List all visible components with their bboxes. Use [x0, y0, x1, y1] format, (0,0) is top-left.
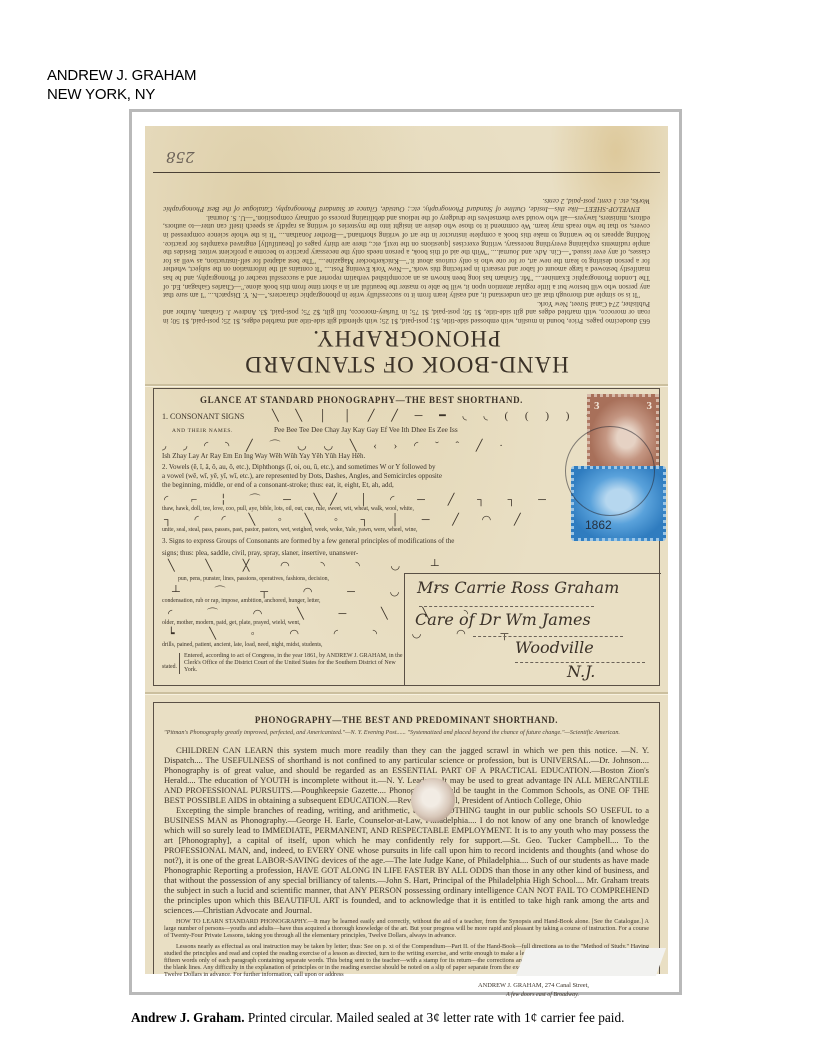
copyright-notice: Entered, according to act of Congress, i…	[179, 653, 404, 674]
circular-scan: 258 HAND-BOOK OF STANDARD PHONOGRAPHY. 6…	[145, 126, 668, 974]
top-flap: 258 HAND-BOOK OF STANDARD PHONOGRAPHY. 6…	[145, 126, 668, 382]
vowel-example-strokes-2: ┐ ◜ ◜ ╲ ◦ ╲ ◦ ┐ │ ─ ╱ ◠ ╱	[164, 513, 531, 526]
group-strokes-1: ╲ ╲ ╳ ◠ ◝ ◝ ◡ ┴	[168, 559, 453, 572]
fold-line	[145, 384, 668, 386]
groups-line1: 3. Signs to express Groups of Consonants…	[162, 537, 454, 546]
postmark	[565, 426, 655, 516]
consonant-strokes-row2: ◞ ◞ ◜ ◝ ╱ ⌒ ◡ ◡ ╲ ‹ › ◜ ˘ ˆ ╱ ·	[162, 437, 510, 453]
vowels-line3: the beginning, middle, or end of a conso…	[162, 481, 394, 490]
handbook-advertisement: HAND-BOOK OF STANDARD PHONOGRAPHY. 663 d…	[153, 172, 660, 383]
torn-corner	[516, 948, 666, 976]
group-examples-row4: drills, pained, patient, ancient, late, …	[162, 641, 323, 650]
exhibit-title-name: ANDREW J. GRAHAM	[47, 66, 196, 85]
names-label: AND THEIR NAMES.	[172, 427, 233, 436]
address-care-of: Care of Dr Wm James	[415, 610, 591, 629]
address-rule	[419, 606, 594, 607]
stated-label: stated.	[162, 663, 177, 672]
how-to-learn: HOW TO LEARN STANDARD PHONOGRAPHY.—It ma…	[164, 918, 649, 940]
address-recipient: Mrs Carrie Ross Graham	[417, 578, 619, 597]
upside-down-text-block: HAND-BOOK OF STANDARD PHONOGRAPHY. 663 d…	[163, 177, 650, 377]
caption-text: Printed circular. Mailed sealed at 3¢ le…	[245, 1010, 625, 1025]
paragraph-children: CHILDREN CAN LEARN this system much more…	[164, 745, 649, 805]
wax-seal	[411, 778, 455, 822]
postmark-year: 1862	[585, 518, 612, 532]
handbook-reviews-text: "It is so simple and thorough that all c…	[163, 213, 650, 299]
address-panel: Mrs Carrie Ross Graham Care of Dr Wm Jam…	[404, 573, 661, 686]
exhibit-title-location: NEW YORK, NY	[47, 85, 196, 104]
groups-line2: signs; thus: plea, saddle, civil, pray, …	[162, 549, 358, 558]
handbook-price-text: 663 duodecimo pages. Price, bound in mus…	[163, 299, 650, 325]
address-rule	[473, 636, 623, 637]
stamp-denomination: 3	[594, 400, 600, 412]
consonant-strokes: ╲ ╲ │ │ ╱ ╱ ─ ━ ◟ ◟ ( ( ) ) ◦	[272, 409, 597, 422]
vowels-line2: a vowel (wē, wī, yē, yī, wī, etc.), are …	[162, 472, 442, 481]
exhibit-title: ANDREW J. GRAHAM NEW YORK, NY	[47, 66, 196, 104]
vowels-line1: 2. Vowels (ē, ī, ā, ō, au, ō, etc.), Dip…	[162, 463, 435, 472]
press-quote: "Pitman's Phonography greatly improved, …	[164, 729, 649, 736]
exhibit-caption: Andrew J. Graham. Printed circular. Mail…	[131, 1010, 624, 1026]
fold-line	[145, 692, 668, 694]
handbook-heading: HAND-BOOK OF STANDARD PHONOGRAPHY.	[163, 325, 650, 377]
vowel-examples-row2: unite, seal, steal, pass, passes, past, …	[162, 526, 417, 535]
publisher-address: A few doors east of Broadway.	[164, 992, 649, 999]
phonography-advertisement: PHONOGRAPHY—THE BEST AND PREDOMINANT SHO…	[153, 702, 660, 974]
envelop-sheet-text: ENVELOP-SHEET—like this—Inside, Outline …	[163, 196, 650, 213]
caption-bold: Andrew J. Graham.	[131, 1010, 245, 1025]
glance-title: GLANCE AT STANDARD PHONOGRAPHY—THE BEST …	[154, 395, 569, 405]
address-state: N.J.	[567, 662, 595, 681]
bottom-title: PHONOGRAPHY—THE BEST AND PREDOMINANT SHO…	[154, 715, 659, 725]
consonant-signs-label: 1. CONSONANT SIGNS	[162, 412, 244, 421]
consonant-names-row2: Ish Zhay Lay Ar Ray Em En Ing Way Wĕh Wŭ…	[162, 452, 365, 461]
stamp-denomination: 3	[647, 400, 653, 412]
publisher-signature: ANDREW J. GRAHAM, 274 Canal Street,	[164, 982, 649, 989]
consonant-names-row1: Pee Bee Tee Dee Chay Jay Kay Gay Ef Vee …	[274, 426, 458, 435]
address-town: Woodville	[515, 638, 594, 657]
paragraph-branches: Excepting the simple branches of reading…	[164, 805, 649, 915]
pencil-note: 258	[166, 148, 195, 166]
